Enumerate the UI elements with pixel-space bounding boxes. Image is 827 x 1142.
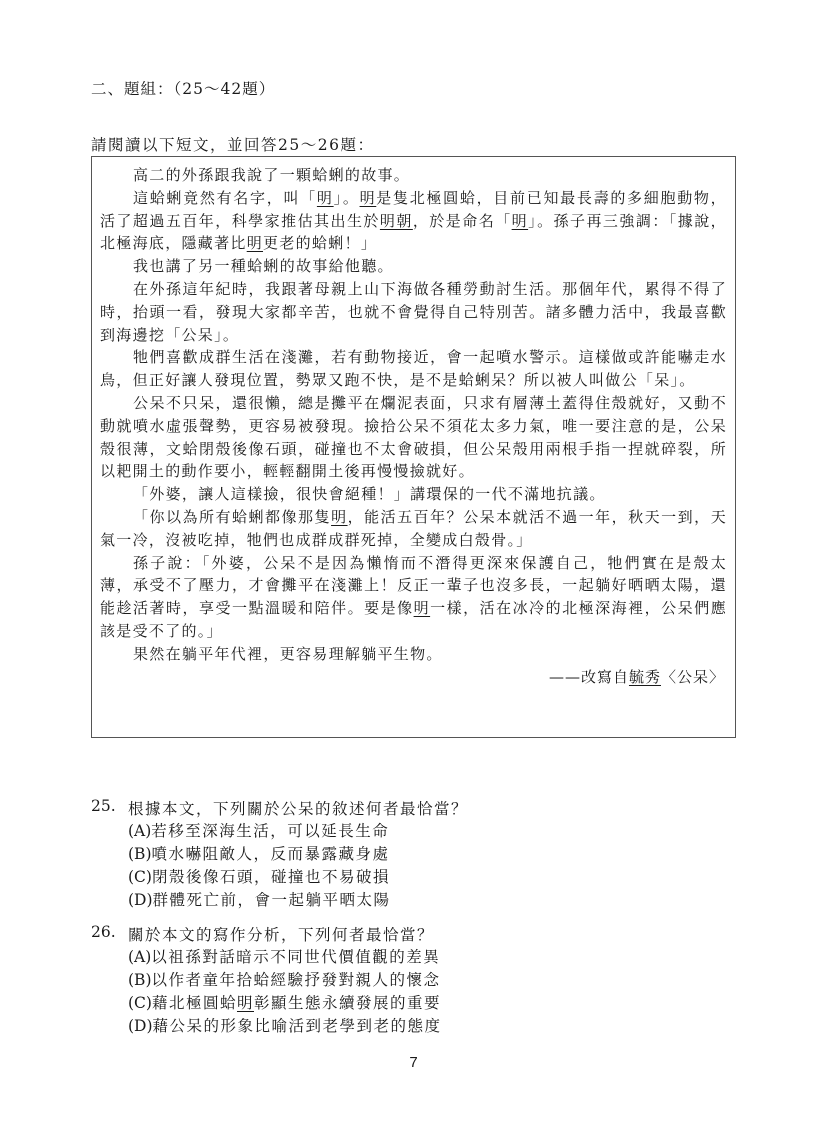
underlined-proper-noun: 明朝 [380, 212, 413, 230]
passage-paragraphs: 高二的外孫跟我說了一顆蛤蜊的故事。這蛤蜊竟然有名字，叫「明」。明是隻北極圓蛤，目… [100, 164, 727, 666]
option-a[interactable]: (A)以祖孫對話暗示不同世代價值觀的差異 [128, 946, 442, 969]
option-label: (A) [128, 822, 151, 840]
passage-paragraph: 高二的外孫跟我說了一顆蛤蜊的故事。 [100, 164, 727, 187]
underlined-proper-noun: 明 [414, 599, 431, 617]
option-label: (B) [128, 845, 152, 863]
passage-paragraph: 我也講了另一種蛤蜊的故事給他聽。 [100, 255, 727, 278]
option-label: (D) [128, 1017, 153, 1035]
option-label: (C) [128, 868, 152, 886]
passage-paragraph: 公呆不只呆，還很懶，總是攤平在爛泥表面，只求有層薄土蓋得住殼就好，又動不動就噴水… [100, 392, 727, 483]
reading-instruction: 請閱讀以下短文，並回答25～26題： [91, 133, 374, 155]
question-stem: 根據本文，下列關於公呆的敘述何者最恰當？ [128, 797, 468, 819]
option-label: (D) [128, 891, 153, 909]
option-text: 若移至深海生活，可以延長生命 [151, 822, 389, 840]
passage-text: 在外孫這年紀時，我跟著母親上山下海做各種勞動討生活。那個年代，累得不得了時，抬頭… [100, 280, 727, 344]
option-b[interactable]: (B)噴水嚇阻敵人，反而暴露藏身處 [128, 843, 391, 866]
option-b[interactable]: (B)以作者童年拾蛤經驗抒發對親人的懷念 [128, 969, 442, 992]
option-text: 彰顯生態永續發展的重要 [254, 994, 441, 1012]
passage-paragraph: 在外孫這年紀時，我跟著母親上山下海做各種勞動討生活。那個年代，累得不得了時，抬頭… [100, 278, 727, 346]
section-title: 二、題組：（25～42題） [91, 77, 275, 99]
option-d[interactable]: (D)群體死亡前，會一起躺平晒太陽 [128, 889, 391, 912]
question-options: (A)若移至深海生活，可以延長生命 (B)噴水嚇阻敵人，反而暴露藏身處 (C)閉… [128, 820, 391, 912]
option-text: 閉殼後像石頭，碰撞也不易破損 [152, 868, 390, 886]
underlined-proper-noun: 明 [512, 212, 528, 230]
option-a[interactable]: (A)若移至深海生活，可以延長生命 [128, 820, 391, 843]
passage-paragraph: 牠們喜歡成群生活在淺灘，若有動物接近，會一起噴水警示。這樣做或許能嚇走水鳥，但正… [100, 346, 727, 392]
passage-text: 這蛤蜊竟然有名字，叫「 [133, 189, 317, 207]
passage-text: 牠們喜歡成群生活在淺灘，若有動物接近，會一起噴水警示。這樣做或許能嚇走水鳥，但正… [100, 348, 727, 389]
question-number: 25. [91, 797, 116, 815]
passage-paragraph: 「你以為所有蛤蜊都像那隻明，能活五百年？公呆本就活不過一年，秋天一到，天氣一冷，… [100, 506, 727, 552]
option-text: 噴水嚇阻敵人，反而暴露藏身處 [152, 845, 390, 863]
page-number: 7 [0, 1054, 827, 1071]
option-label: (A) [128, 948, 151, 966]
option-text-before: 藉北極圓蛤 [152, 994, 237, 1012]
passage-paragraph: 孫子說：「外婆，公呆不是因為懶惰而不潛得更深來保護自己，牠們實在是殼太薄，承受不… [100, 552, 727, 643]
passage-text: 更老的蛤蜊！」 [263, 234, 377, 252]
passage-text: 「外婆，讓人這樣撿，很快會絕種！」講環保的一代不滿地抗議。 [133, 485, 606, 503]
question-options: (A)以祖孫對話暗示不同世代價值觀的差異 (B)以作者童年拾蛤經驗抒發對親人的懷… [128, 946, 442, 1038]
underlined-proper-noun: 明 [360, 189, 377, 207]
question-number: 26. [91, 923, 116, 941]
passage-paragraph: 「外婆，讓人這樣撿，很快會絕種！」講環保的一代不滿地抗議。 [100, 483, 727, 506]
passage-paragraph: 這蛤蜊竟然有名字，叫「明」。明是隻北極圓蛤，目前已知最長壽的多細胞動物，活了超過… [100, 187, 727, 255]
source-author: 毓秀 [629, 668, 661, 686]
option-d[interactable]: (D)藉公呆的形象比喻活到老學到老的態度 [128, 1015, 442, 1038]
option-c[interactable]: (C)閉殼後像石頭，碰撞也不易破損 [128, 866, 391, 889]
passage-text: ，於是命名「 [413, 212, 512, 230]
passage-text: 我也講了另一種蛤蜊的故事給他聽。 [133, 257, 394, 275]
underlined-proper-noun: 明 [317, 189, 334, 207]
source-title: 〈公呆〉 [661, 668, 725, 686]
option-text: 以祖孫對話暗示不同世代價值觀的差異 [151, 948, 440, 966]
passage: 高二的外孫跟我說了一顆蛤蜊的故事。這蛤蜊竟然有名字，叫「明」。明是隻北極圓蛤，目… [100, 164, 727, 688]
option-c[interactable]: (C)藉北極圓蛤明彰顯生態永續發展的重要 [128, 992, 442, 1015]
option-text: 以作者童年拾蛤經驗抒發對親人的懷念 [152, 971, 441, 989]
option-text: 群體死亡前，會一起躺平晒太陽 [153, 891, 391, 909]
passage-paragraph: 果然在躺平年代裡，更容易理解躺平生物。 [100, 643, 727, 666]
option-label: (B) [128, 971, 152, 989]
option-label: (C) [128, 994, 152, 1012]
passage-text: 果然在躺平年代裡，更容易理解躺平生物。 [133, 645, 443, 663]
passage-source: ——改寫自毓秀〈公呆〉 [100, 666, 727, 689]
passage-text: 高二的外孫跟我說了一顆蛤蜊的故事。 [133, 166, 410, 184]
option-text-underlined: 明 [237, 994, 254, 1012]
question-stem: 關於本文的寫作分析，下列何者最恰當？ [128, 923, 434, 945]
source-prefix: ——改寫自 [549, 668, 629, 686]
passage-box: 高二的外孫跟我說了一顆蛤蜊的故事。這蛤蜊竟然有名字，叫「明」。明是隻北極圓蛤，目… [91, 156, 736, 738]
passage-text: 公呆不只呆，還很懶，總是攤平在爛泥表面，只求有層薄土蓋得住殼就好，又動不動就噴水… [100, 394, 727, 480]
passage-text: 「你以為所有蛤蜊都像那隻 [133, 508, 331, 526]
underlined-proper-noun: 明 [247, 234, 263, 252]
option-text: 藉公呆的形象比喻活到老學到老的態度 [153, 1017, 442, 1035]
passage-text: 」。 [334, 189, 360, 207]
underlined-proper-noun: 明 [331, 508, 348, 526]
